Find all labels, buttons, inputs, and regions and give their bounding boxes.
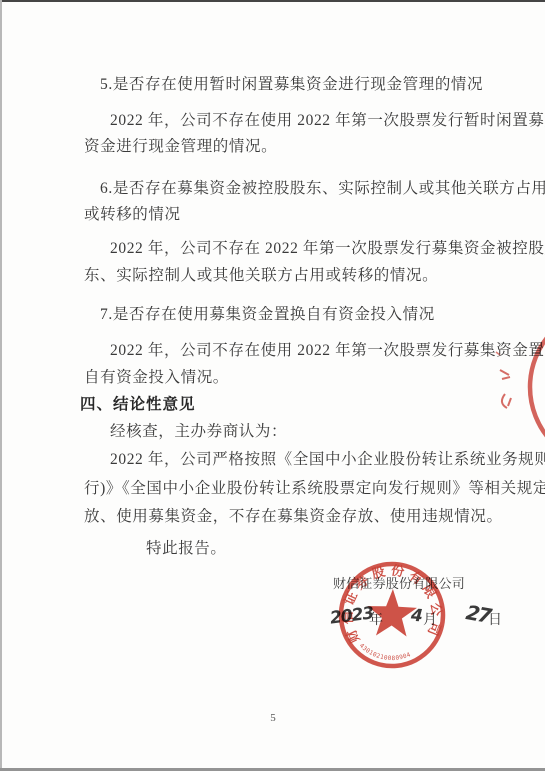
- star-icon: [367, 588, 418, 637]
- closing-line: 特此报告。: [146, 540, 227, 557]
- text-line: 放、使用募集资金，不存在募集资金存放、使用违规情况。: [84, 508, 503, 525]
- text-line: 2022 年，公司不存在使用 2022 年第一次股票发行募集资金置换: [110, 342, 545, 359]
- day-label: 日: [488, 609, 502, 629]
- text-line: 2022 年，公司严格按照《全国中小企业股份转让系统业务规则(试: [110, 451, 545, 468]
- section-6-title: 6.是否存在募集资金被控股股东、实际控制人或其他关联方占用: [100, 180, 545, 197]
- text-line: 行)》《全国中小企业股份转让系统股票定向发行规则》等相关规定存: [84, 480, 545, 497]
- section-5-title: 5.是否存在使用暂时闲置募集资金进行现金管理的情况: [100, 76, 483, 93]
- text-line: 东、实际控制人或其他关联方占用或转移的情况。: [84, 267, 438, 284]
- seal-glyph-fragment: [502, 394, 511, 408]
- scan-border-top: [0, 0, 545, 2]
- page-number: 5: [263, 712, 283, 724]
- text-line: 资金进行现金管理的情况。: [84, 138, 277, 155]
- text-line: 经核查，主办券商认为：: [110, 423, 287, 440]
- company-seal: 财信证券股份有限公司 43010210080904: [310, 533, 475, 698]
- conclusion-heading: 四、结论性意见: [80, 396, 196, 413]
- seal-glyph-fragment: [496, 352, 500, 355]
- seal-serial-number: 43010210080904: [357, 637, 412, 665]
- seal-glyph-fragment: [500, 370, 510, 379]
- text-line: 2022 年，公司不存在 2022 年第一次股票发行募集资金被控股股: [110, 240, 545, 257]
- text-line: 2022 年，公司不存在使用 2022 年第一次股票发行暂时闲置募集: [110, 112, 545, 129]
- section-7-title: 7.是否存在使用募集资金置换自有资金投入情况: [100, 306, 435, 323]
- section-6-title-wrap: 或转移的情况: [84, 206, 181, 223]
- cross-page-seal-fragment: [488, 330, 545, 440]
- text-line: 自有资金投入情况。: [84, 369, 229, 386]
- scan-border-left: [0, 0, 2, 771]
